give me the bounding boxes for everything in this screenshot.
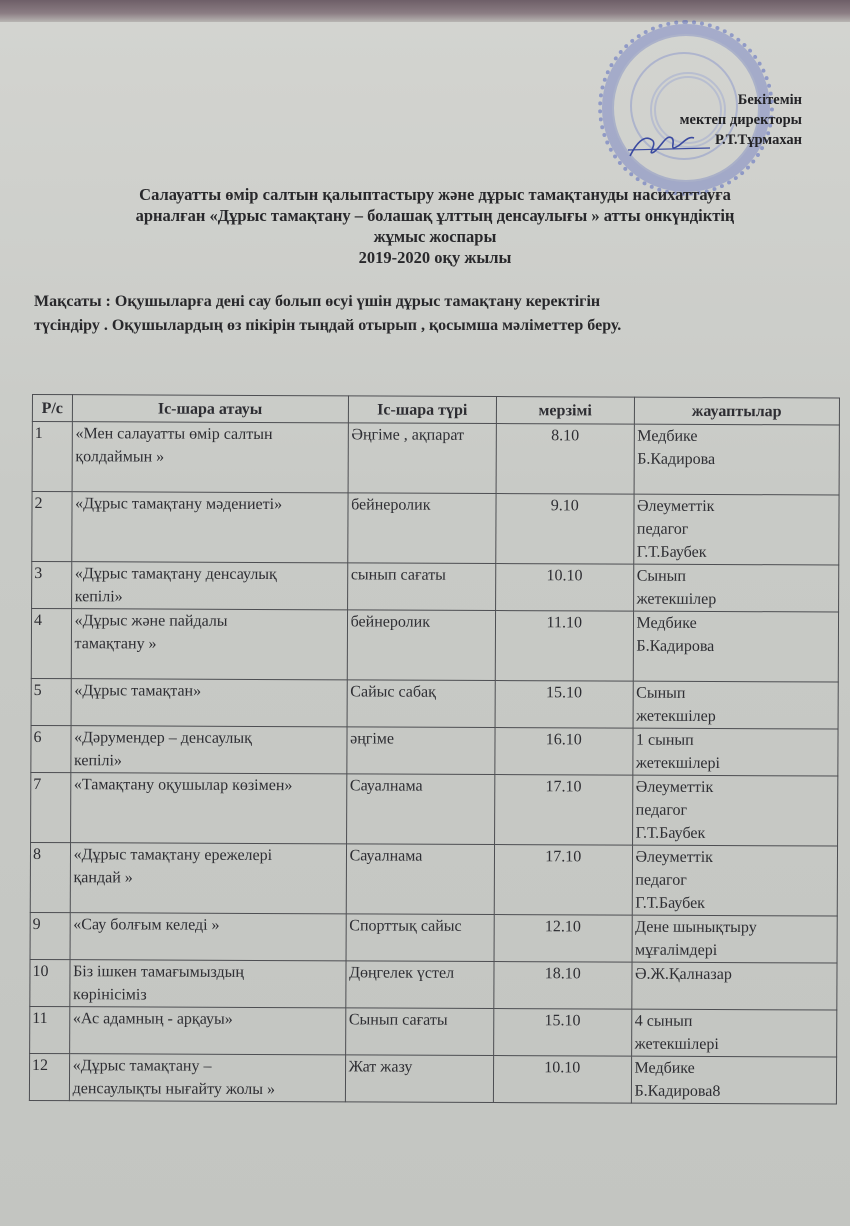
event-name: «Мен салауатты өмір салтынқолдаймын » — [72, 422, 348, 493]
event-date: 10.10 — [496, 564, 634, 612]
event-date: 17.10 — [494, 845, 632, 916]
type-line: Спорттық сайыс — [349, 914, 491, 938]
resp-line: педагог — [637, 518, 836, 542]
name-line: «Дұрыс және пайдалы — [75, 609, 344, 633]
event-name: «Сау болғым келеді » — [70, 913, 346, 961]
name-line: «Дұрыс тамақтану – — [73, 1054, 342, 1078]
responsible: Ә.Ж.Қалназар — [631, 962, 837, 1010]
name-line: «Мен салауатты өмір салтын — [75, 422, 344, 446]
event-name: «Дұрыс тамақтан» — [71, 679, 347, 727]
event-type: Сынып сағаты — [345, 1008, 494, 1056]
type-line: Сауалнама — [350, 774, 492, 798]
resp-line: жетекшілер — [637, 588, 836, 612]
resp-line: Дене шынықтыру — [635, 916, 834, 940]
name-line: Біз ішкен тамағымыздың — [73, 960, 342, 984]
table-header-row: Р/с Іс-шара атауы Іс-шара түрі мерзімі ж… — [32, 395, 839, 426]
responsible: МедбикеБ.Кадирова — [633, 611, 839, 682]
event-date: 12.10 — [494, 915, 632, 963]
name-line: «Дұрыс тамақтан» — [74, 679, 343, 703]
goal-line: Мақсаты : Оқушыларға дені сау болып өсуі… — [34, 290, 824, 314]
event-type: Сауалнама — [346, 774, 495, 845]
row-number: 6 — [31, 725, 71, 772]
event-name: «Дұрыс тамақтану –денсаулықты нығайту жо… — [69, 1054, 345, 1102]
event-type: Сайыс сабақ — [347, 680, 496, 728]
event-date: 16.10 — [495, 728, 633, 776]
academic-year: 2019-2020 оқу жылы — [40, 247, 830, 268]
resp-line: Б.Кадирова — [636, 635, 835, 659]
header-date: мерзімі — [496, 397, 634, 425]
table-row: 10Біз ішкен тамағымыздыңкөрінісімізДөңге… — [30, 959, 837, 1010]
type-line: Сайыс сабақ — [350, 680, 492, 704]
responsible: ӘлеуметтікпедагогГ.Т.Баубек — [633, 494, 839, 565]
responsible: 4 сыныпжетекшілері — [631, 1009, 837, 1057]
resp-line: Г.Т.Баубек — [637, 541, 836, 565]
name-line: қандай » — [73, 866, 342, 890]
resp-line: Әлеуметтік — [636, 776, 835, 800]
row-number: 9 — [30, 912, 70, 959]
name-line: «Тамақтану оқушылар көзімен» — [74, 773, 343, 797]
resp-line — [636, 658, 835, 682]
resp-line: мұғалімдері — [635, 939, 834, 963]
name-line: «Ас адамның - арқауы» — [73, 1007, 342, 1031]
table-row: 6«Дәрумендер – денсаулықкепілі»әңгіме16.… — [31, 725, 838, 776]
resp-line — [637, 471, 836, 495]
table-row: 12«Дұрыс тамақтану –денсаулықты нығайту … — [29, 1053, 836, 1104]
event-name: «Тамақтану оқушылар көзімен» — [70, 773, 346, 844]
row-number: 11 — [30, 1006, 70, 1053]
row-number: 7 — [31, 772, 71, 842]
photo-background-strip — [0, 0, 850, 22]
resp-line: Г.Т.Баубек — [636, 822, 835, 846]
type-line: Сауалнама — [350, 844, 492, 868]
event-date: 10.10 — [493, 1056, 631, 1104]
row-number: 12 — [29, 1053, 69, 1100]
event-name: «Ас адамның - арқауы» — [69, 1007, 345, 1055]
event-date: 8.10 — [496, 424, 634, 495]
approval-director-name: Р.Т.Тұрмахан — [680, 130, 802, 150]
work-plan-table: Р/с Іс-шара атауы Іс-шара түрі мерзімі ж… — [29, 394, 840, 1105]
responsible: ӘлеуметтікпедагогГ.Т.Баубек — [632, 845, 838, 916]
resp-line: Сынып — [637, 565, 836, 589]
resp-line: педагог — [635, 869, 834, 893]
resp-line: 1 сынып — [636, 729, 835, 753]
row-number: 1 — [32, 422, 72, 492]
type-line: бейнеролик — [351, 610, 493, 634]
responsible: Сыныпжетекшілер — [633, 564, 839, 612]
name-line: «Дұрыс тамақтану мәдениеті» — [75, 492, 344, 516]
table-row: 4«Дұрыс және пайдалытамақтану »бейнероли… — [31, 609, 838, 683]
row-number: 3 — [32, 562, 72, 609]
responsible: МедбикеБ.Кадирова — [634, 424, 840, 495]
approval-heading: Бекітемін — [680, 90, 802, 110]
table-row: 7«Тамақтану оқушылар көзімен»Сауалнама17… — [31, 772, 838, 846]
table-row: 9«Сау болғым келеді »Спорттық сайыс12.10… — [30, 912, 837, 963]
type-line: Әңгіме , ақпарат — [351, 423, 493, 447]
table-row: 11«Ас адамның - арқауы»Сынып сағаты15.10… — [30, 1006, 837, 1057]
responsible: 1 сыныпжетекшілері — [632, 728, 838, 776]
resp-line: Әлеуметтік — [637, 495, 836, 519]
event-name: «Дәрумендер – денсаулықкепілі» — [70, 726, 346, 774]
event-date: 11.10 — [495, 611, 633, 682]
type-line: Жат жазу — [349, 1055, 491, 1079]
name-line: кепілі» — [74, 749, 343, 773]
event-type: Сауалнама — [346, 844, 495, 915]
resp-line: Б.Кадирова — [637, 448, 836, 472]
name-line: «Сау болғым келеді » — [73, 913, 342, 937]
resp-line: Сынып — [636, 682, 835, 706]
event-type: бейнеролик — [347, 493, 496, 564]
resp-line: Әлеуметтік — [635, 846, 834, 870]
event-type: сынып сағаты — [347, 563, 496, 611]
table-row: 2«Дұрыс тамақтану мәдениеті»бейнеролик9.… — [32, 492, 839, 566]
row-number: 2 — [32, 492, 72, 562]
responsible: Сыныпжетекшілер — [633, 681, 839, 729]
row-number: 4 — [31, 609, 71, 679]
title-line: жұмыс жоспары — [40, 226, 830, 247]
resp-line: жетекшілері — [636, 752, 835, 776]
table-row: 3«Дұрыс тамақтану денсаулықкепілі»сынып … — [32, 562, 839, 613]
table-row: 5«Дұрыс тамақтан»Сайыс сабақ15.10Сыныпже… — [31, 678, 838, 729]
name-line: тамақтану » — [75, 632, 344, 656]
resp-line: Б.Кадирова8 — [634, 1080, 833, 1104]
resp-line: Ә.Ж.Қалназар — [635, 963, 834, 987]
event-name: «Дұрыс тамақтану мәдениеті» — [71, 492, 347, 563]
header-number: Р/с — [32, 395, 72, 422]
header-responsible: жауаптылар — [634, 397, 840, 425]
name-line: «Дұрыс тамақтану ережелері — [74, 843, 343, 867]
event-type: Жат жазу — [345, 1055, 494, 1103]
event-date: 9.10 — [496, 494, 634, 565]
goal-line: түсіндіру . Оқушылардың өз пікірін тыңда… — [34, 314, 824, 338]
event-name: «Дұрыс тамақтану денсаулықкепілі» — [71, 562, 347, 610]
event-date: 18.10 — [494, 962, 632, 1010]
type-line: бейнеролик — [351, 493, 493, 517]
event-name: «Дұрыс және пайдалытамақтану » — [71, 609, 347, 680]
type-line: Сынып сағаты — [349, 1008, 491, 1032]
responsible: Дене шынықтырумұғалімдері — [632, 915, 838, 963]
approval-block: Бекітемін мектеп директоры Р.Т.Тұрмахан — [680, 90, 802, 150]
event-name: Біз ішкен тамағымыздыңкөрінісіміз — [69, 960, 345, 1008]
resp-line: жетекшілері — [635, 1033, 834, 1057]
resp-line: жетекшілер — [636, 705, 835, 729]
row-number: 10 — [30, 959, 70, 1006]
type-line: Дөңгелек үстел — [349, 961, 491, 985]
event-date: 15.10 — [495, 681, 633, 729]
title-line: Салауатты өмір салтын қалыптастыру және … — [40, 184, 830, 205]
type-line: сынып сағаты — [351, 563, 493, 587]
resp-line: Медбике — [635, 1057, 834, 1081]
table-row: 8«Дұрыс тамақтану ережелеріқандай »Сауал… — [30, 842, 837, 916]
type-line: әңгіме — [350, 727, 492, 751]
resp-line: педагог — [636, 799, 835, 823]
name-line: денсаулықты нығайту жолы » — [73, 1077, 342, 1101]
title-line: арналған «Дұрыс тамақтану – болашақ ұлтт… — [40, 205, 830, 226]
responsible: ӘлеуметтікпедагогГ.Т.Баубек — [632, 775, 838, 846]
name-line: «Дұрыс тамақтану денсаулық — [75, 562, 344, 586]
header-event-name: Іс-шара атауы — [72, 395, 348, 423]
resp-line: 4 сынып — [635, 1010, 834, 1034]
event-name: «Дұрыс тамақтану ережелеріқандай » — [70, 843, 346, 914]
resp-line: Г.Т.Баубек — [635, 892, 834, 916]
document-title: Салауатты өмір салтын қалыптастыру және … — [40, 184, 830, 268]
name-line: көрінісіміз — [73, 983, 342, 1007]
row-number: 8 — [30, 842, 70, 912]
goal-paragraph: Мақсаты : Оқушыларға дені сау болып өсуі… — [34, 290, 824, 338]
event-date: 15.10 — [494, 1009, 632, 1057]
header-event-type: Іс-шара түрі — [348, 396, 497, 424]
event-type: Спорттық сайыс — [346, 914, 495, 962]
table-row: 1«Мен салауатты өмір салтынқолдаймын »Әң… — [32, 422, 839, 496]
table-body: 1«Мен салауатты өмір салтынқолдаймын »Әң… — [29, 422, 839, 1105]
name-line: қолдаймын » — [75, 445, 344, 469]
event-type: Әңгіме , ақпарат — [348, 423, 497, 494]
resp-line: Медбике — [636, 612, 835, 636]
event-type: әңгіме — [346, 727, 495, 775]
row-number: 5 — [31, 678, 71, 725]
event-type: бейнеролик — [347, 610, 496, 681]
name-line: «Дәрумендер – денсаулық — [74, 726, 343, 750]
approval-position: мектеп директоры — [680, 110, 802, 130]
event-date: 17.10 — [495, 775, 633, 846]
resp-line: Медбике — [637, 425, 836, 449]
responsible: МедбикеБ.Кадирова8 — [631, 1056, 837, 1104]
name-line: кепілі» — [75, 585, 344, 609]
event-type: Дөңгелек үстел — [345, 961, 494, 1009]
